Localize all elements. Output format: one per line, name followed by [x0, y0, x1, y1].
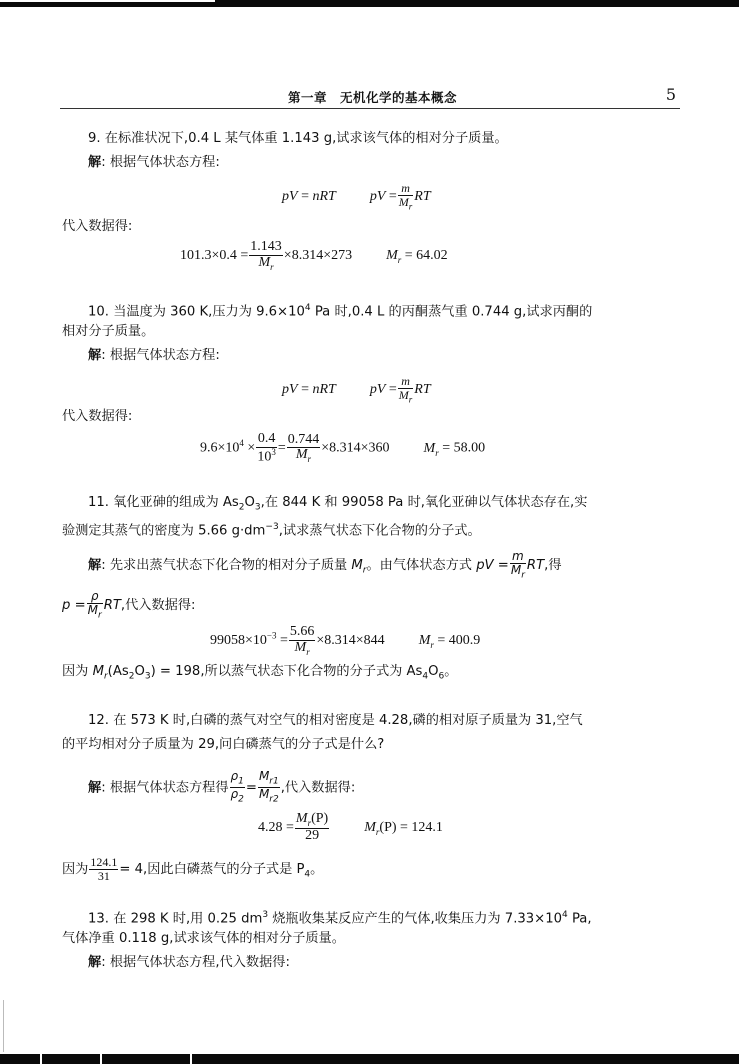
equation-calc-12: 4.28 =Mr(P)29Mr(P) = 124.1: [258, 812, 443, 844]
problem-11-solution-cont: p =ρMrRT,代入数据得:: [62, 590, 195, 620]
equation-calc-9: 101.3×0.4 =1.143Mr×8.314×273Mr = 64.02: [180, 240, 448, 272]
problem-12-solution: 解: 根据气体状态方程得ρ1ρ2=Mr1Mr2,代入数据得:: [88, 770, 355, 805]
problem-12-conclusion: 因为124.131= 4,因此白磷蒸气的分子式是 P4。: [62, 856, 323, 884]
scan-border-top: [0, 0, 739, 7]
problem-9-solution-intro: 解: 根据气体状态方程:: [88, 154, 220, 172]
scan-border-bottom: [0, 1054, 739, 1064]
scan-artifact: [40, 1054, 42, 1064]
problem-11-conclusion: 因为 Mr(As2O3) = 198,所以蒸气状态下化合物的分子式为 As4O6…: [62, 663, 457, 686]
substitute-label: 代入数据得:: [62, 218, 132, 236]
scan-artifact: [0, 0, 215, 2]
page-number: 5: [666, 85, 676, 104]
equation-ideal-gas: pV = nRTpV =mMrRT: [282, 375, 431, 404]
problem-10-question: 10. 当温度为 360 K,压力为 9.6×104 Pa 时,0.4 L 的丙…: [88, 299, 592, 321]
problem-13-question-cont: 气体净重 0.118 g,试求该气体的相对分子质量。: [62, 930, 345, 948]
solution-label: 解: [88, 155, 101, 170]
problem-11-question-cont: 验测定其蒸气的密度为 5.66 g·dm−3,试求蒸气状态下化合物的分子式。: [62, 518, 481, 540]
problem-number: 9.: [88, 131, 101, 146]
scan-artifact: [100, 1054, 102, 1064]
problem-11-question: 11. 氧化亚砷的组成为 As2O3,在 844 K 和 99058 Pa 时,…: [88, 494, 587, 517]
equation-calc-10: 9.6×104 ×0.4103=0.744Mr×8.314×360Mr = 58…: [200, 432, 485, 465]
equation-ideal-gas: pV = nRTpV =mMrRT: [282, 182, 431, 211]
problem-12-question: 12. 在 573 K 时,白磷的蒸气对空气的相对密度是 4.28,磷的相对原子…: [88, 712, 583, 730]
equation-calc-11: 99058×10−3 =5.66Mr×8.314×844Mr = 400.9: [210, 625, 480, 657]
scan-artifact: [190, 1054, 192, 1064]
problem-10-question-cont: 相对分子质量。: [62, 323, 154, 341]
running-header: 第一章 无机化学的基本概念 5: [60, 86, 680, 109]
problem-10-solution-intro: 解: 根据气体状态方程:: [88, 347, 220, 365]
substitute-label: 代入数据得:: [62, 408, 132, 426]
problem-13-question: 13. 在 298 K 时,用 0.25 dm3 烧瓶收集某反应产生的气体,收集…: [88, 906, 592, 928]
scan-artifact: [3, 1000, 4, 1052]
problem-12-question-cont: 的平均相对分子质量为 29,问白磷蒸气的分子式是什么?: [62, 736, 384, 754]
problem-11-solution: 解: 先求出蒸气状态下化合物的相对分子质量 Mr。由气体状态方式 pV =mMr…: [88, 550, 562, 580]
problem-13-solution-intro: 解: 根据气体状态方程,代入数据得:: [88, 954, 290, 972]
chapter-title: 第一章 无机化学的基本概念: [288, 88, 457, 106]
problem-9-question: 9. 在标准状况下,0.4 L 某气体重 1.143 g,试求该气体的相对分子质…: [88, 130, 508, 148]
